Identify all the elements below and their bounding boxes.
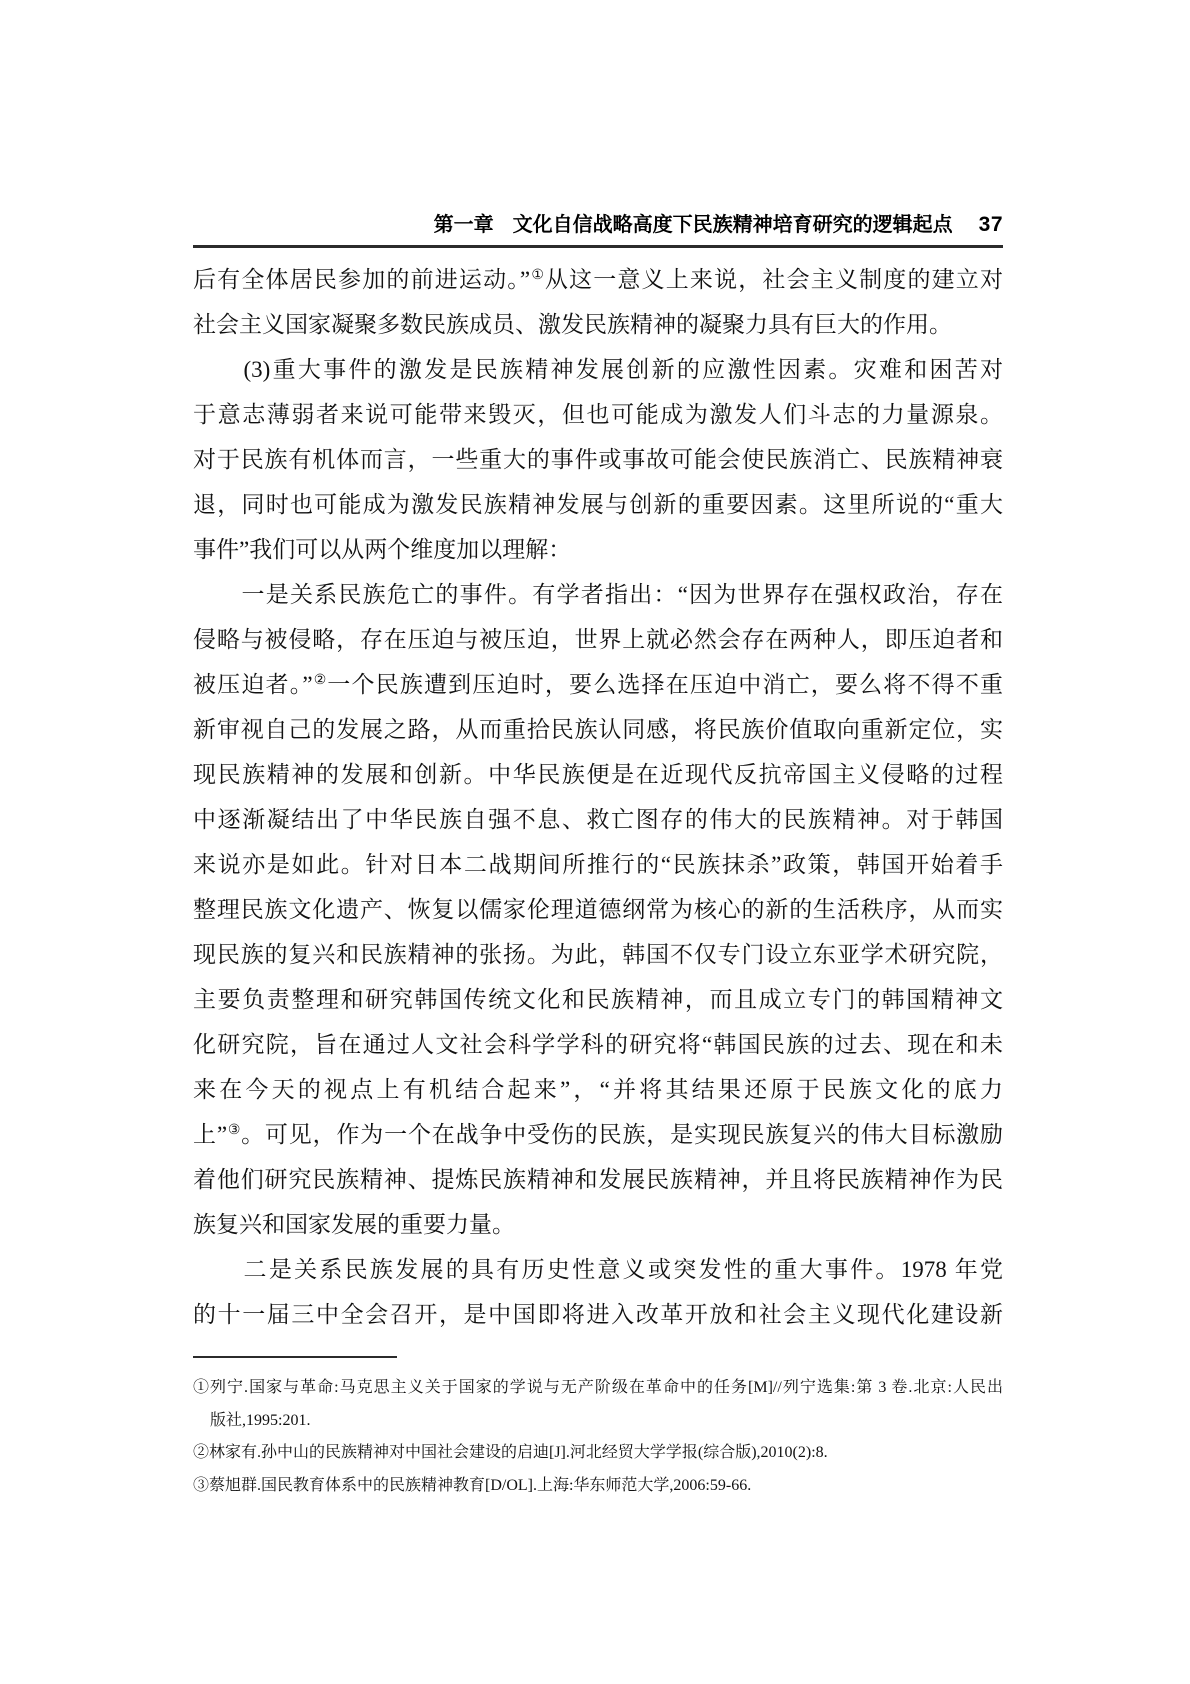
- body-line: 着他们研究民族精神、提炼民族精神和发展民族精神，并且将民族精神作为民: [193, 1157, 1003, 1202]
- body-line: 后有全体居民参加的前进运动。”①从这一意义上来说，社会主义制度的建立对: [193, 257, 1003, 302]
- body-line: 族复兴和国家发展的重要力量。: [193, 1202, 1003, 1247]
- body-line: 中逐渐凝结出了中华民族自强不息、救亡图存的伟大的民族精神。对于韩国: [193, 797, 1003, 842]
- body-line: 整理民族文化遗产、恢复以儒家伦理道德纲常为核心的新的生活秩序，从而实: [193, 887, 1003, 932]
- body-line: 现民族精神的发展和创新。中华民族便是在近现代反抗帝国主义侵略的过程: [193, 752, 1003, 797]
- page-number: 37: [979, 213, 1003, 237]
- body-line: 上”③。可见，作为一个在战争中受伤的民族，是实现民族复兴的伟大目标激励: [193, 1112, 1003, 1157]
- footnote-line: ①列宁.国家与革命:马克思主义关于国家的学说与无产阶级在革命中的任务[M]//列…: [193, 1372, 1003, 1405]
- body-line: 的十一届三中全会召开，是中国即将进入改革开放和社会主义现代化建设新: [193, 1292, 1003, 1337]
- footnote-line: ②林家有.孙中山的民族精神对中国社会建设的启迪[J].河北经贸大学学报(综合版)…: [193, 1437, 1003, 1470]
- body-line: 事件”我们可以从两个维度加以理解：: [193, 527, 1003, 572]
- body-line: 化研究院，旨在通过人文社会科学学科的研究将“韩国民族的过去、现在和未: [193, 1022, 1003, 1067]
- body-line: 来在今天的视点上有机结合起来”，“并将其结果还原于民族文化的底力: [193, 1067, 1003, 1112]
- body-text: 后有全体居民参加的前进运动。”①从这一意义上来说，社会主义制度的建立对 社会主义…: [193, 257, 1003, 1337]
- footnotes: ①列宁.国家与革命:马克思主义关于国家的学说与无产阶级在革命中的任务[M]//列…: [193, 1372, 1003, 1502]
- body-line: 侵略与被侵略，存在压迫与被压迫，世界上就必然会存在两种人，即压迫者和: [193, 617, 1003, 662]
- body-line: 退，同时也可能成为激发民族精神发展与创新的重要因素。这里所说的“重大: [193, 482, 1003, 527]
- footnote-line: ③蔡旭群.国民教育体系中的民族精神教育[D/OL].上海:华东师范大学,2006…: [193, 1470, 1003, 1503]
- body-line: 新审视自己的发展之路，从而重拾民族认同感，将民族价值取向重新定位，实: [193, 707, 1003, 752]
- body-line: 对于民族有机体而言，一些重大的事件或事故可能会使民族消亡、民族精神衰: [193, 437, 1003, 482]
- body-line: 社会主义国家凝聚多数民族成员、激发民族精神的凝聚力具有巨大的作用。: [193, 302, 1003, 347]
- body-line: 二是关系民族发展的具有历史性意义或突发性的重大事件。1978 年党: [193, 1247, 1003, 1292]
- body-line: 于意志薄弱者来说可能带来毁灭，但也可能成为激发人们斗志的力量源泉。: [193, 392, 1003, 437]
- header-rule: [193, 245, 1003, 248]
- chapter-label: 第一章: [434, 213, 494, 237]
- body-line: 一是关系民族危亡的事件。有学者指出：“因为世界存在强权政治，存在: [193, 572, 1003, 617]
- body-line: 来说亦是如此。针对日本二战期间所推行的“民族抹杀”政策，韩国开始着手: [193, 842, 1003, 887]
- body-line: 主要负责整理和研究韩国传统文化和民族精神，而且成立专门的韩国精神文: [193, 977, 1003, 1022]
- footnote-separator: [193, 1356, 397, 1358]
- chapter-title: 文化自信战略高度下民族精神培育研究的逻辑起点: [513, 213, 953, 237]
- body-line: 被压迫者。”②一个民族遭到压迫时，要么选择在压迫中消亡，要么将不得不重: [193, 662, 1003, 707]
- footnote-line: 版社,1995:201.: [193, 1405, 1003, 1438]
- body-line: 现民族的复兴和民族精神的张扬。为此，韩国不仅专门设立东亚学术研究院，: [193, 932, 1003, 977]
- book-page: 第一章 文化自信战略高度下民族精神培育研究的逻辑起点 37 后有全体居民参加的前…: [0, 0, 1190, 1684]
- body-line: (3)重大事件的激发是民族精神发展创新的应激性因素。灾难和困苦对: [193, 347, 1003, 392]
- running-header: 第一章 文化自信战略高度下民族精神培育研究的逻辑起点 37: [193, 213, 1003, 237]
